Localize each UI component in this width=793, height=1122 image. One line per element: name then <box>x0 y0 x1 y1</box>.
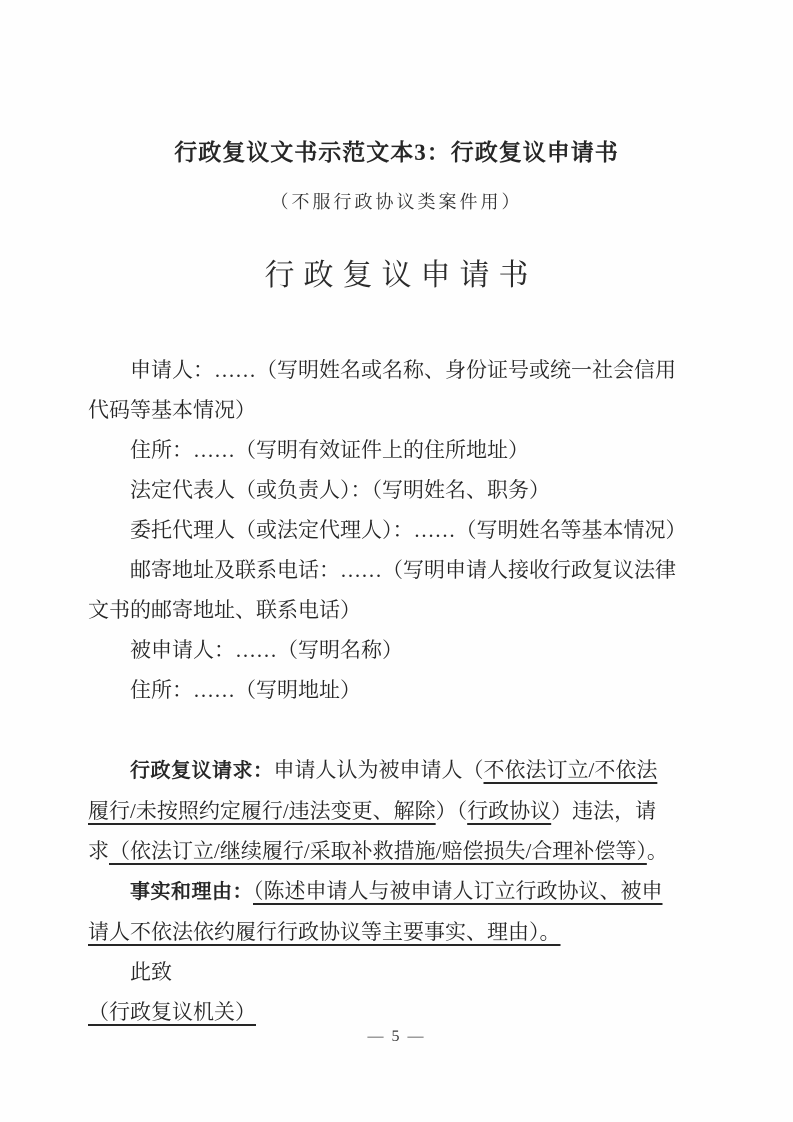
line-text: 文书的邮寄地址、联系电话） <box>88 598 361 622</box>
line-text: ）违法，请 <box>551 799 656 823</box>
line-text-underlined: （行政复议机关） <box>88 1000 256 1024</box>
line-applicant: 申请人：……（写明姓名或名称、身份证号或统一社会信用 <box>88 350 703 390</box>
line-text: 法定代表人（或负责人）：（写明姓名、职务） <box>130 478 550 502</box>
review-request-label: 行政复议请求： <box>130 760 274 782</box>
line-salutation: 此致 <box>88 952 703 992</box>
line-text: 住所：……（写明有效证件上的住所地址） <box>130 438 529 462</box>
line-text-underlined: 行政协议 <box>467 799 551 823</box>
header-subtitle: （不服行政协议类案件用） <box>0 188 793 214</box>
line-text: 邮寄地址及联系电话：……（写明申请人接收行政复议法律 <box>130 558 676 582</box>
line-mailing-contact-cont: 文书的邮寄地址、联系电话） <box>88 590 703 630</box>
line-review-organ: （行政复议机关） <box>88 992 703 1032</box>
document-page: 行政复议文书示范文本3：行政复议申请书 （不服行政协议类案件用） 行政复议申请书… <box>0 0 793 1122</box>
line-text-underlined: 履行/未按照约定履行/违法变更、解除 <box>88 799 436 823</box>
line-text-underlined: （依法订立/继续履行/采取补救措施/赔偿损失/合理补偿等） <box>109 839 647 863</box>
line-mailing-contact: 邮寄地址及联系电话：……（写明申请人接收行政复议法律 <box>88 550 703 590</box>
line-text: 求 <box>88 839 109 863</box>
line-text-underlined: （陈述申请人与被申请人订立行政协议、被申 <box>253 879 663 903</box>
line-review-request-cont-1: 履行/未按照约定履行/违法变更、解除）（行政协议）违法，请 <box>88 791 703 831</box>
line-text-underlined: 请人不依法依约履行行政协议等主要事实、理由）。 <box>88 920 561 944</box>
line-review-request: 行政复议请求：申请人认为被申请人（不依法订立/不依法 <box>88 750 703 791</box>
line-text: 代码等基本情况） <box>88 398 256 422</box>
line-facts-reasons: 事实和理由：（陈述申请人与被申请人订立行政协议、被申 <box>88 871 703 912</box>
line-review-request-cont-2: 求（依法订立/继续履行/采取补救措施/赔偿损失/合理补偿等）。 <box>88 831 703 871</box>
document-body: 申请人：……（写明姓名或名称、身份证号或统一社会信用 代码等基本情况） 住所：…… <box>88 350 703 1032</box>
document-title: 行政复议申请书 <box>0 250 793 294</box>
facts-reasons-label: 事实和理由： <box>130 881 253 903</box>
line-address: 住所：……（写明有效证件上的住所地址） <box>88 430 703 470</box>
line-respondent: 被申请人：……（写明名称） <box>88 630 703 670</box>
line-text: 委托代理人（或法定代理人）：……（写明姓名等基本情况） <box>130 518 687 542</box>
line-text: 此致 <box>130 960 172 984</box>
line-text: 。 <box>647 839 668 863</box>
line-respondent-address: 住所：……（写明地址） <box>88 670 703 710</box>
line-applicant-cont: 代码等基本情况） <box>88 390 703 430</box>
header-title: 行政复议文书示范文本3：行政复议申请书 <box>0 0 793 167</box>
line-text-underlined: 不依法订立/不依法 <box>484 758 658 782</box>
line-legal-representative: 法定代表人（或负责人）：（写明姓名、职务） <box>88 470 703 510</box>
line-agent: 委托代理人（或法定代理人）：……（写明姓名等基本情况） <box>88 510 703 550</box>
line-text: ）（ <box>436 799 468 823</box>
line-text: 住所：……（写明地址） <box>130 678 361 702</box>
line-text: 被申请人：……（写明名称） <box>130 638 403 662</box>
line-text: 申请人：……（写明姓名或名称、身份证号或统一社会信用 <box>130 358 676 382</box>
line-facts-reasons-cont: 请人不依法依约履行行政协议等主要事实、理由）。 <box>88 912 703 952</box>
line-text: 申请人认为被申请人（ <box>274 758 484 782</box>
page-number: — 5 — <box>0 1028 793 1046</box>
